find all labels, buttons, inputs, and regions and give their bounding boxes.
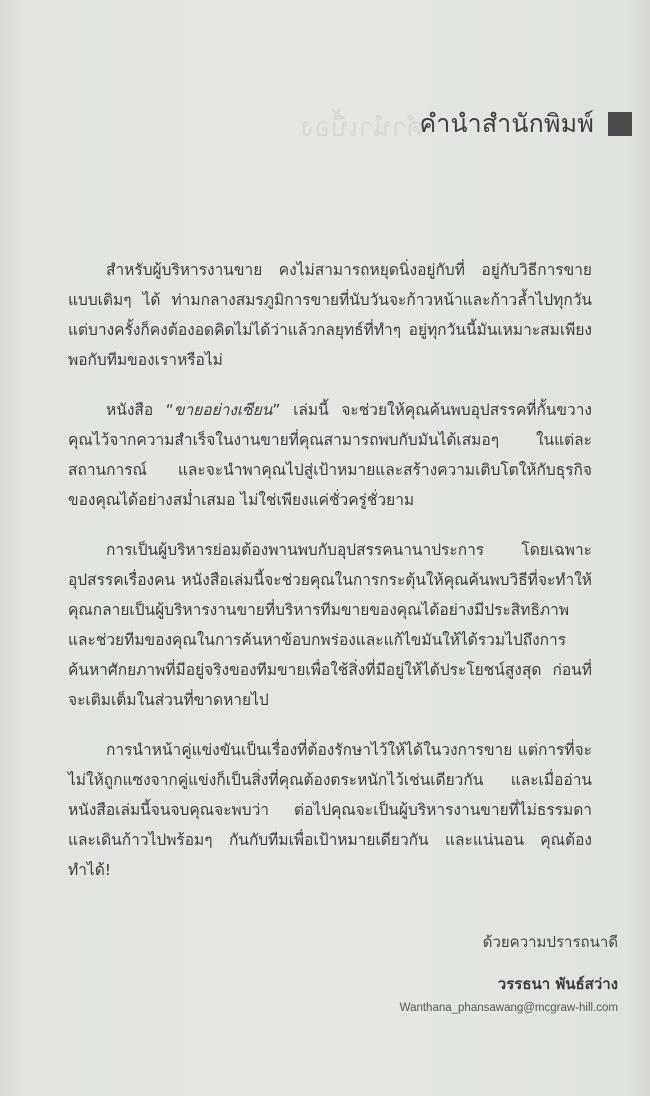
preface-body: สำหรับผู้บริหารงานขาย คงไม่สามารถหยุดนิ่… (68, 255, 592, 905)
paragraph-2-prefix: หนังสือ “ (106, 401, 174, 419)
paragraph-2: หนังสือ “ขายอย่างเซียน” เล่มนี้ จะช่วยให… (68, 395, 592, 515)
page-title: คำนำสำนักพิมพ์ (420, 104, 594, 144)
closing-phrase: ด้วยความปรารถนาดี (400, 930, 618, 954)
book-page: คำนำเบื้อง คำนำสำนักพิมพ์ สำหรับผู้บริหา… (0, 0, 650, 1096)
book-title: ขายอย่างเซียน (174, 401, 273, 419)
square-marker-icon (608, 112, 632, 136)
paragraph-1: สำหรับผู้บริหารงานขาย คงไม่สามารถหยุดนิ่… (68, 255, 592, 375)
show-through-text: คำนำเบื้อง (300, 107, 424, 148)
section-header: คำนำสำนักพิมพ์ (420, 104, 632, 144)
signer-email: Wanthana_phansawang@mcgraw-hill.com (400, 1002, 618, 1014)
paragraph-4: การนำหน้าคู่แข่งขันเป็นเรื่องที่ต้องรักษ… (68, 735, 592, 885)
signer-name: วรรธนา พันธ์สว่าง (400, 972, 618, 996)
signoff-block: ด้วยความปรารถนาดี วรรธนา พันธ์สว่าง Want… (400, 930, 618, 1014)
paragraph-3: การเป็นผู้บริหารย่อมต้องพานพบกับอุปสรรคน… (68, 535, 592, 715)
